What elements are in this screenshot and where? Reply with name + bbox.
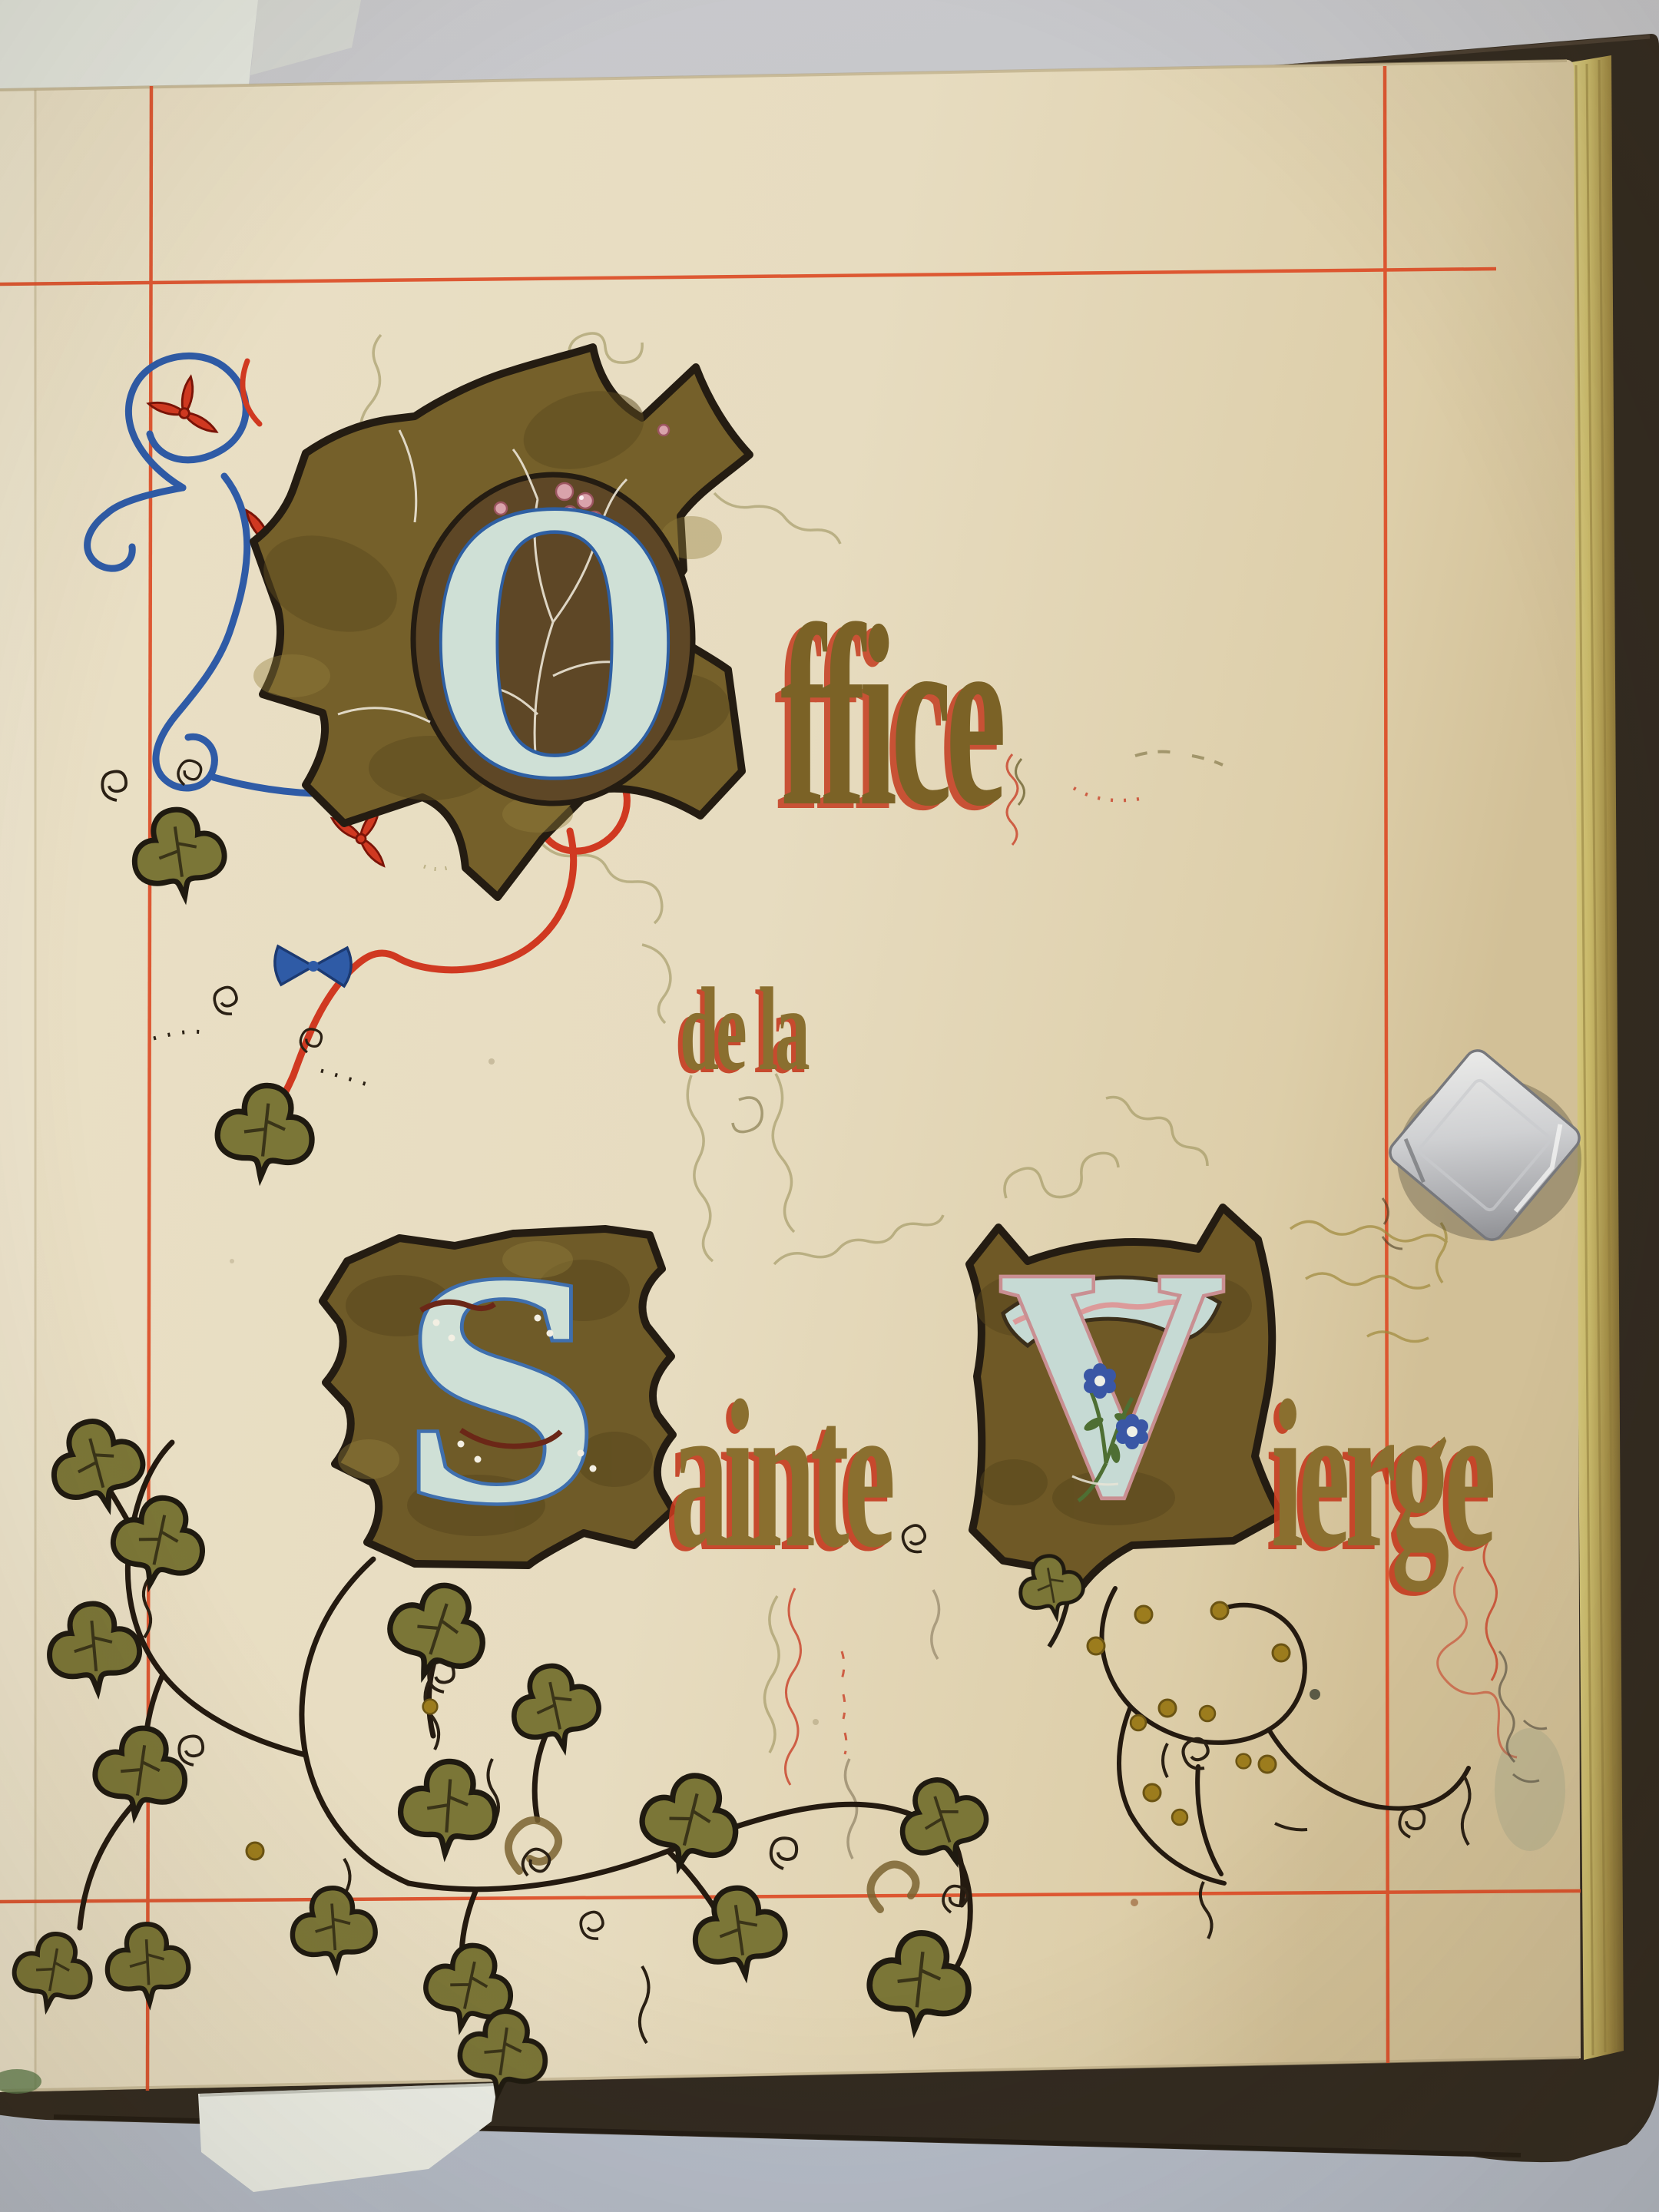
photo-of-manuscript: O ffice ffice de la de la S ainte ainte bbox=[0, 0, 1659, 2212]
photo-vignette bbox=[0, 0, 1659, 2212]
manuscript-scene: O ffice ffice de la de la S ainte ainte bbox=[0, 0, 1659, 2212]
